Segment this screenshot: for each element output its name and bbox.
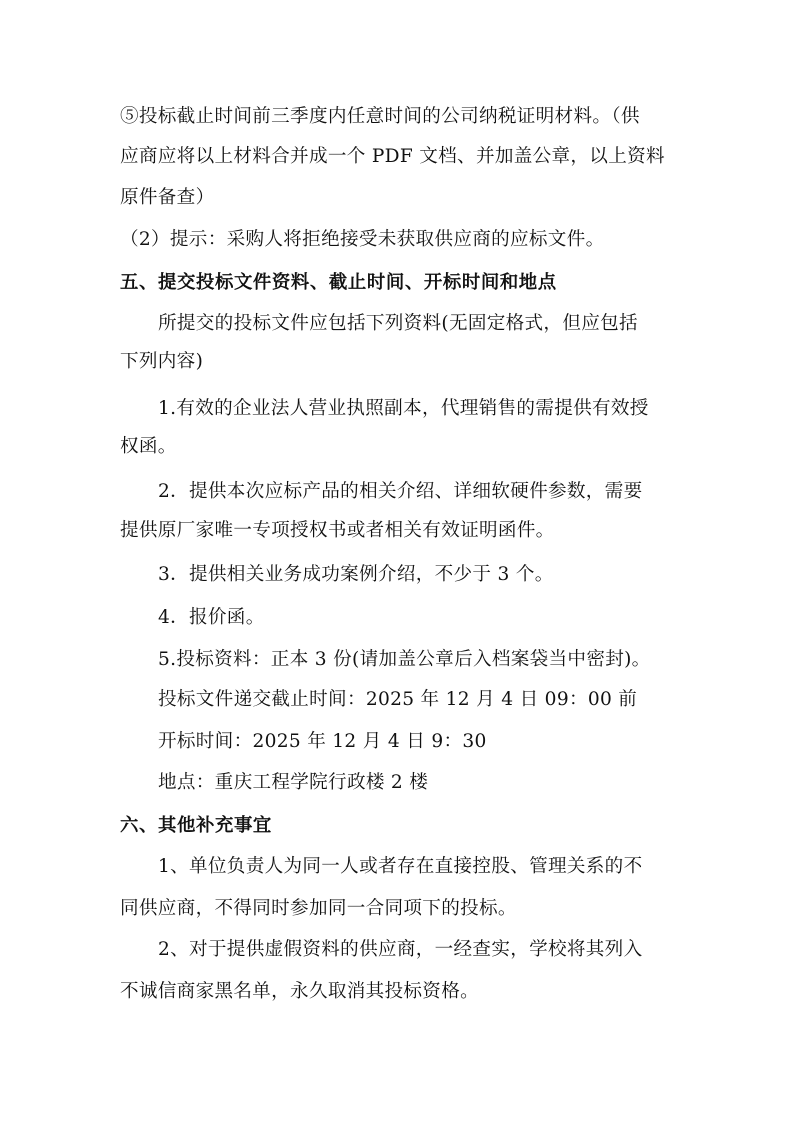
list-item-5-bid-materials: 5.投标资料：正本 3 份(请加盖公章后入档案袋当中密封)。 bbox=[158, 648, 651, 672]
paragraph-line-notice: （2）提示：采购人将拒绝接受未获取供应商的应标文件。 bbox=[120, 228, 604, 252]
deadline-line: 投标文件递交截止时间：2025 年 12 月 4 日 09：00 前 bbox=[158, 688, 637, 712]
paragraph-line-merge-pdf: 应商应将以上材料合并成一个 PDF 文档、并加盖公章，以上资料 bbox=[120, 145, 665, 169]
list-item-1-business-license: 1.有效的企业法人营业执照副本，代理销售的需提供有效授 bbox=[158, 397, 649, 421]
paragraph-line-tax-proof: ⑤投标截止时间前三季度内任意时间的公司纳税证明材料。（供 bbox=[120, 105, 640, 129]
list-item-2-cont: 提供原厂家唯一专项授权书或者相关有效证明函件。 bbox=[120, 519, 555, 543]
paragraph-line-original-copies: 原件备查） bbox=[120, 186, 214, 210]
supplementary-item-1-cont: 同供应商，不得同时参加同一合同项下的投标。 bbox=[120, 897, 517, 921]
supplementary-item-2-cont: 不诚信商家黑名单，永久取消其投标资格。 bbox=[120, 980, 479, 1004]
paragraph-line-submission-intro: 所提交的投标文件应包括下列资料(无固定格式，但应包括 bbox=[158, 312, 638, 336]
opening-time-line: 开标时间：2025 年 12 月 4 日 9：30 bbox=[158, 730, 487, 754]
list-item-2-product-intro: 2．提供本次应标产品的相关介绍、详细软硬件参数，需要 bbox=[158, 480, 642, 504]
supplementary-item-2: 2、对于提供虚假资料的供应商，一经查实，学校将其列入 bbox=[158, 938, 642, 962]
section-heading-five: 五、提交投标文件资料、截止时间、开标时间和地点 bbox=[120, 271, 557, 295]
list-item-1-cont: 权函。 bbox=[120, 435, 177, 459]
document-page: ⑤投标截止时间前三季度内任意时间的公司纳税证明材料。（供 应商应将以上材料合并成… bbox=[0, 0, 794, 1122]
location-line: 地点：重庆工程学院行政楼 2 楼 bbox=[158, 771, 428, 795]
paragraph-line-submission-intro-cont: 下列内容) bbox=[120, 350, 203, 374]
list-item-4-quote: 4．报价函。 bbox=[158, 606, 265, 630]
list-item-3-cases: 3．提供相关业务成功案例介绍，不少于 3 个。 bbox=[158, 563, 554, 587]
supplementary-item-1: 1、单位负责人为同一人或者存在直接控股、管理关系的不 bbox=[158, 855, 642, 879]
section-heading-six: 六、其他补充事宜 bbox=[120, 814, 272, 838]
